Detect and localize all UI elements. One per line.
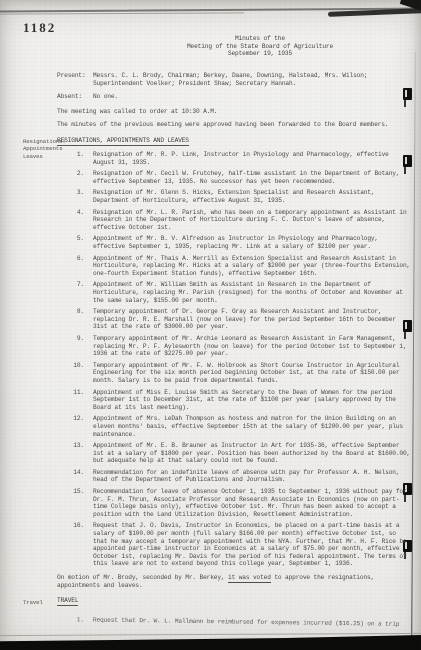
item-number: 4. (57, 209, 93, 232)
motion-voted-phrase: it was voted (228, 574, 271, 583)
item-text: Resignation of Mr. L. R. Parish, who has… (93, 209, 413, 232)
minutes-item: 1. Request that Dr. W. L. Mallmann be re… (57, 616, 413, 629)
margin-note-resignations: Resignations: Appointments Leaves (23, 138, 59, 160)
margin-note-travel: Travel (23, 599, 59, 606)
item-number: 1. (57, 151, 93, 166)
present-row: Present: Messrs. C. L. Brody, Chairman; … (57, 72, 413, 87)
motion-prefix: On motion of Mr. Brody, seconded by Mr. … (57, 574, 228, 581)
minutes-item: 9. Temporary appointment of Mr. Archie L… (57, 335, 413, 358)
header-body-line: Meeting of the State Board of Agricultur… (90, 43, 421, 51)
item-text: Resignation of Mr. Glenn S. Hicks, Exten… (93, 189, 413, 204)
absent-names: No one. (93, 93, 413, 101)
minutes-item: 16. Request that J. O. Davis, Instructor… (57, 522, 413, 568)
minutes-item: 10. Temporary appointment of Mr. F. W. H… (57, 362, 413, 385)
item-number: 5. (57, 235, 93, 250)
minutes-item: 5. Appointment of Mr. B. V. Alfredson as… (57, 235, 413, 250)
item-number: 2. (57, 170, 93, 185)
item-text: Appointment of Mr. Thais A. Merrill as E… (93, 255, 413, 278)
minutes-item: 2. Resignation of Mr. Cecil W. Frutchey,… (57, 170, 413, 185)
minutes-item: 8. Temporary appointment of Dr. George F… (57, 308, 413, 331)
absent-label: Absent: (57, 93, 93, 101)
item-number: 11. (57, 389, 93, 412)
item-number: 6. (57, 255, 93, 278)
present-names: Messrs. C. L. Brody, Chairman; Berkey, D… (93, 72, 413, 87)
item-number: 13. (57, 442, 93, 465)
item-text: Appointment of Mrs. LeDah Thompson as ho… (93, 415, 413, 438)
item-text: Temporary appointment of Mr. F. W. Holbr… (93, 362, 413, 385)
scanned-minutes-page: 1182 Minutes of the Meeting of the State… (0, 0, 421, 650)
minutes-item: 14. Recommendation for an indefinite lea… (57, 469, 413, 484)
item-text: Request that J. O. Davis, Instructor in … (93, 522, 413, 568)
margin-note-line: Leaves (23, 153, 59, 160)
item-text: Temporary appointment of Dr. George F. G… (93, 308, 413, 331)
minutes-item: 7. Appointment of Mr. William Smith as A… (57, 281, 413, 304)
minutes-item: 1. Resignation of Mr. R. P. Link, Instru… (57, 151, 413, 166)
item-text: Temporary appointment of Mr. Archie Leon… (93, 335, 413, 358)
header-title-line: Minutes of the (90, 35, 421, 43)
minutes-item: 4. Resignation of Mr. L. R. Parish, who … (57, 209, 413, 232)
item-text: Appointment of Miss E. Louise Smith as S… (93, 389, 413, 412)
item-text: Appointment of Mr. William Smith as Assi… (93, 281, 413, 304)
item-text: Request that Dr. W. L. Mallmann be reimb… (93, 617, 413, 629)
item-text: Recommendation for leave of absence Octo… (93, 488, 413, 518)
margin-note-line: Appointments (23, 145, 59, 152)
scan-scratch-line-faint (0, 12, 244, 14)
item-text: Resignation of Mr. Cecil W. Frutchey, ha… (93, 170, 413, 185)
minutes-approved-line: The minutes of the previous meeting were… (57, 121, 413, 129)
item-number: 12. (57, 415, 93, 438)
item-number: 10. (57, 362, 93, 385)
item-text: Appointment of Mr. B. V. Alfredson as In… (93, 235, 413, 250)
minutes-item: 3. Resignation of Mr. Glenn S. Hicks, Ex… (57, 189, 413, 204)
item-number: 1. (57, 616, 93, 624)
present-label: Present: (57, 72, 93, 87)
motion-paragraph: On motion of Mr. Brody, seconded by Mr. … (57, 574, 413, 589)
scan-bottom-bar (0, 635, 421, 650)
absent-row: Absent: No one. (57, 93, 413, 101)
resignations-item-list: 1. Resignation of Mr. R. P. Link, Instru… (57, 151, 413, 568)
document-header: Minutes of the Meeting of the State Boar… (90, 35, 421, 58)
item-text: Resignation of Mr. R. P. Link, Instructo… (93, 151, 413, 166)
attendance-block: Present: Messrs. C. L. Brody, Chairman; … (57, 72, 413, 107)
minutes-item: 15. Recommendation for leave of absence … (57, 488, 413, 518)
item-number: 15. (57, 488, 93, 518)
travel-item-list: 1. Request that Dr. W. L. Mallmann be re… (57, 616, 413, 629)
margin-note-line: Resignations: (23, 138, 59, 145)
header-date-line: September 19, 1935 (90, 50, 421, 58)
item-number: 3. (57, 189, 93, 204)
scan-bottom-edge-line (0, 633, 421, 636)
called-to-order-line: The meeting was called to order at 10:30… (57, 108, 413, 116)
resignations-section-heading: RESIGNATIONS, APPOINTMENTS AND LEAVES (57, 137, 189, 146)
minutes-item: 6. Appointment of Mr. Thais A. Merrill a… (57, 255, 413, 278)
main-text-column: RESIGNATIONS, APPOINTMENTS AND LEAVES 1.… (57, 137, 413, 628)
item-number: 8. (57, 308, 93, 331)
item-number: 7. (57, 281, 93, 304)
page-number-stamp: 1182 (23, 24, 56, 32)
minutes-item: 13. Appointment of Mr. E. B. Brauner as … (57, 442, 413, 465)
item-number: 16. (57, 522, 93, 568)
item-text: Appointment of Mr. E. B. Brauner as Inst… (93, 442, 413, 465)
item-number: 14. (57, 469, 93, 484)
minutes-item: 12. Appointment of Mrs. LeDah Thompson a… (57, 415, 413, 438)
minutes-item: 11. Appointment of Miss E. Louise Smith … (57, 389, 413, 412)
travel-section-heading: TRAVEL (57, 597, 78, 606)
item-number: 9. (57, 335, 93, 358)
item-text: Recommendation for an indefinite leave o… (93, 469, 413, 484)
